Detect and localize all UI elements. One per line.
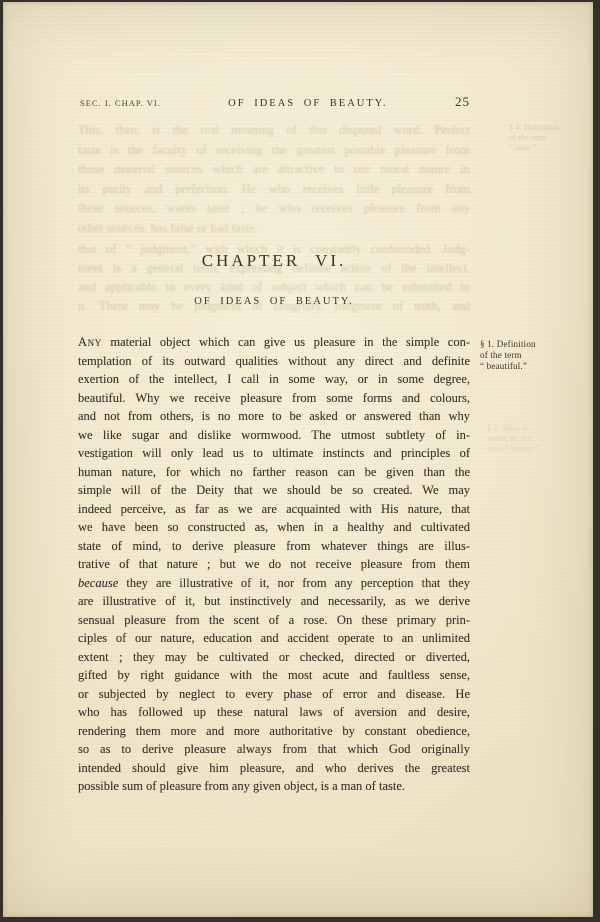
text-segment: templation of its outward qualities with… (78, 354, 470, 368)
ghost-line: taste is the faculty of receiving the gr… (78, 141, 470, 161)
bleedthrough-margin-note-mid: § 2. What ismeant by theterm “ beauty.” (487, 424, 573, 453)
lead-word: Any (78, 335, 102, 349)
body-line: or subjected by neglect to every phase o… (78, 685, 470, 704)
body-line: extent ; they may be cultivated or check… (78, 648, 470, 667)
body-line: vestigation will only lead us to ultimat… (78, 444, 470, 463)
text-segment: they are illustrative of it, nor from an… (118, 576, 470, 590)
text-segment: or subjected by neglect to every phase o… (78, 687, 470, 701)
ghost-line: and applicable to every kind of subject … (78, 278, 470, 297)
ghost-note-line: “ taste.” (509, 143, 579, 153)
italic-word: because (78, 576, 118, 590)
body-line: intended should give him pleasure, and w… (78, 759, 470, 778)
body-line: because they are illustrative of it, nor… (78, 574, 470, 593)
book-page: SEC. I. CHAP. VI. OF IDEAS OF BEAUTY. 25… (3, 2, 593, 917)
ghost-line: other sources, has false or bad taste. (78, 219, 470, 239)
body-line: and not from others, is no more to be as… (78, 407, 470, 426)
ghost-line: This, then, is the real meaning of this … (78, 121, 470, 141)
text-segment: material object which can give us pleasu… (102, 335, 470, 349)
text-segment: extent ; they may be cultivated or check… (78, 650, 470, 664)
body-line: ciples of our nature, education and acci… (78, 629, 470, 648)
body-line: templation of its outward qualities with… (78, 352, 470, 371)
text-segment: so as to derive pleasure always from tha… (78, 742, 470, 756)
text-segment: are illustrative of it, but instinctivel… (78, 594, 470, 608)
running-title: OF IDEAS OF BEAUTY. (161, 98, 455, 109)
bleedthrough-paragraph-upper: This, then, is the real meaning of this … (78, 121, 470, 238)
body-line: Any material object which can give us pl… (78, 333, 470, 352)
page-number: 25 (455, 94, 470, 110)
text-segment: indeed perceive, as far as we are acquai… (78, 502, 470, 516)
text-segment: intended should give him pleasure, and w… (78, 761, 470, 775)
text-segment: we have been so constructed as, when in … (78, 520, 470, 534)
chapter-subheading: OF IDEAS OF BEAUTY. (78, 296, 470, 307)
margin-note-line: § 1. Definition (480, 339, 576, 350)
body-line: exertion of the intellect, I call in som… (78, 370, 470, 389)
ghost-line: its purity and perfection. He who receiv… (78, 180, 470, 200)
text-segment: ciples of our nature, education and acci… (78, 631, 470, 645)
body-line: rendering them more and more authoritati… (78, 722, 470, 741)
ghost-note-line: term “ beauty.” (487, 444, 573, 454)
text-segment: rendering them more and more authoritati… (78, 724, 470, 738)
section-chapter-label: SEC. I. CHAP. VI. (80, 98, 161, 108)
text-segment: exertion of the intellect, I call in som… (78, 372, 470, 386)
ghost-line: these sources, wants taste ; he who rece… (78, 199, 470, 219)
text-segment: simple will of the Deity that we should … (78, 483, 470, 497)
text-segment: vestigation will only lead us to ultimat… (78, 446, 470, 460)
body-paragraph: Any material object which can give us pl… (78, 333, 470, 796)
body-line: beautiful. Why we receive pleasure from … (78, 389, 470, 408)
body-line: indeed perceive, as far as we are acquai… (78, 500, 470, 519)
margin-note-line: of the term (480, 350, 576, 361)
body-line: we like sugar and dislike wormwood. The … (78, 426, 470, 445)
body-line: possible sum of pleasure from any given … (78, 777, 470, 796)
body-line: are illustrative of it, but instinctivel… (78, 592, 470, 611)
bleedthrough-margin-note-upper: § 4. Definitionof the term“ taste.” (509, 123, 579, 152)
body-line: who has followed up these natural laws o… (78, 703, 470, 722)
body-line: gifted by right guidance with the most a… (78, 666, 470, 685)
text-segment: possible sum of pleasure from any given … (78, 779, 405, 793)
text-segment: human nature, for which no farther reaso… (78, 465, 470, 479)
text-segment: gifted by right guidance with the most a… (78, 668, 470, 682)
body-line: trative of that nature ; but we do not r… (78, 555, 470, 574)
body-line: simple will of the Deity that we should … (78, 481, 470, 500)
body-line: state of mind, to derive pleasure from w… (78, 537, 470, 556)
running-header: SEC. I. CHAP. VI. OF IDEAS OF BEAUTY. 25 (80, 94, 470, 110)
margin-note-definition: § 1. Definitionof the term“ beautiful.” (480, 339, 576, 371)
text-segment: we like sugar and dislike wormwood. The … (78, 428, 470, 442)
chapter-heading: CHAPTER VI. (78, 251, 470, 271)
ghost-line: those material sources which are attract… (78, 160, 470, 180)
body-line: we have been so constructed as, when in … (78, 518, 470, 537)
text-segment: beautiful. Why we receive pleasure from … (78, 391, 470, 405)
text-segment: sensual pleasure from the scent of a ros… (78, 613, 470, 627)
text-segment: and not from others, is no more to be as… (78, 409, 470, 423)
body-line: human nature, for which no farther reaso… (78, 463, 470, 482)
body-line: sensual pleasure from the scent of a ros… (78, 611, 470, 630)
text-segment: who has followed up these natural laws o… (78, 705, 470, 719)
body-line: so as to derive pleasure always from tha… (78, 740, 470, 759)
text-segment: trative of that nature ; but we do not r… (78, 557, 470, 571)
margin-note-line: “ beautiful.” (480, 361, 576, 372)
text-segment: state of mind, to derive pleasure from w… (78, 539, 470, 553)
